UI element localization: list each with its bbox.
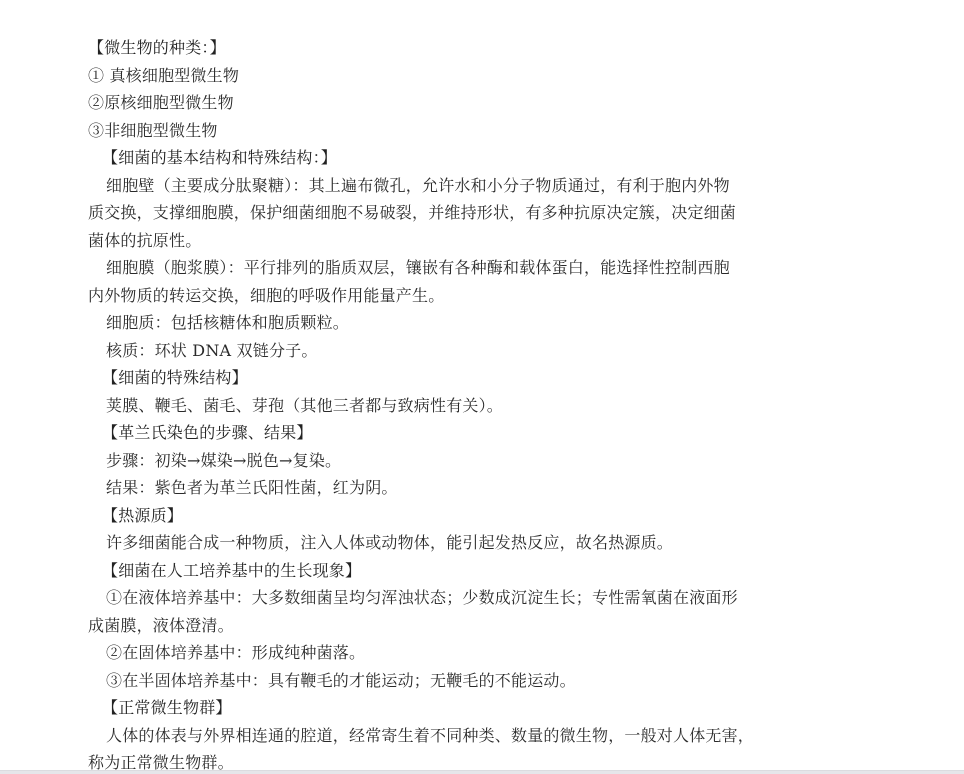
- paragraph-line: 许多细菌能合成一种物质，注入人体或动物体，能引起发热反应，故名热源质。: [88, 529, 828, 557]
- paragraph-line: 成菌膜，液体澄清。: [88, 612, 828, 640]
- document-page: 【微生物的种类：】 ① 真核细胞型微生物 ②原核细胞型微生物 ③非细胞型微生物 …: [88, 34, 828, 774]
- paragraph-line: ②在固体培养基中：形成纯种菌落。: [88, 639, 828, 667]
- paragraph-line: 内外物质的转运交换，细胞的呼吸作用能量产生。: [88, 282, 828, 310]
- section-heading-gram-stain: 【革兰氏染色的步骤、结果】: [88, 419, 828, 447]
- section-heading-growth-phenomena: 【细菌在人工培养基中的生长现象】: [88, 557, 828, 585]
- list-item: ③非细胞型微生物: [88, 117, 828, 145]
- paragraph-line: 人体的体表与外界相连通的腔道，经常寄生着不同种类、数量的微生物，一般对人体无害，: [88, 722, 828, 750]
- section-heading-pyrogen: 【热源质】: [88, 502, 828, 530]
- section-heading-bacteria-structure: 【细菌的基本结构和特殊结构：】: [88, 144, 828, 172]
- section-heading-microbe-types: 【微生物的种类：】: [88, 34, 828, 62]
- paragraph-line: 荚膜、鞭毛、菌毛、芽孢（其他三者都与致病性有关）。: [88, 392, 828, 420]
- paragraph-line: 结果：紫色者为革兰氏阳性菌，红为阴。: [88, 474, 828, 502]
- section-heading-normal-flora: 【正常微生物群】: [88, 694, 828, 722]
- paragraph-line: ③在半固体培养基中：具有鞭毛的才能运动；无鞭毛的不能运动。: [88, 667, 828, 695]
- paragraph-line: 细胞壁（主要成分肽聚糖）：其上遍布微孔，允许水和小分子物质通过，有利于胞内外物: [88, 172, 828, 200]
- paragraph-line: ①在液体培养基中：大多数细菌呈均匀浑浊状态；少数成沉淀生长；专性需氧菌在液面形: [88, 584, 828, 612]
- paragraph-line: 步骤：初染→媒染→脱色→复染。: [88, 447, 828, 475]
- bottom-edge-bar: [0, 770, 964, 774]
- paragraph-line: 核质：环状 DNA 双链分子。: [88, 337, 828, 365]
- paragraph-line: 细胞质：包括核糖体和胞质颗粒。: [88, 309, 828, 337]
- paragraph-line: 菌体的抗原性。: [88, 227, 828, 255]
- paragraph-line: 质交换，支撑细胞膜，保护细菌细胞不易破裂，并维持形状，有多种抗原决定簇，决定细菌: [88, 199, 828, 227]
- paragraph-line: 细胞膜（胞浆膜）：平行排列的脂质双层，镶嵌有各种酶和载体蛋白，能选择性控制西胞: [88, 254, 828, 282]
- section-heading-special-structure: 【细菌的特殊结构】: [88, 364, 828, 392]
- list-item: ① 真核细胞型微生物: [88, 62, 828, 90]
- list-item: ②原核细胞型微生物: [88, 89, 828, 117]
